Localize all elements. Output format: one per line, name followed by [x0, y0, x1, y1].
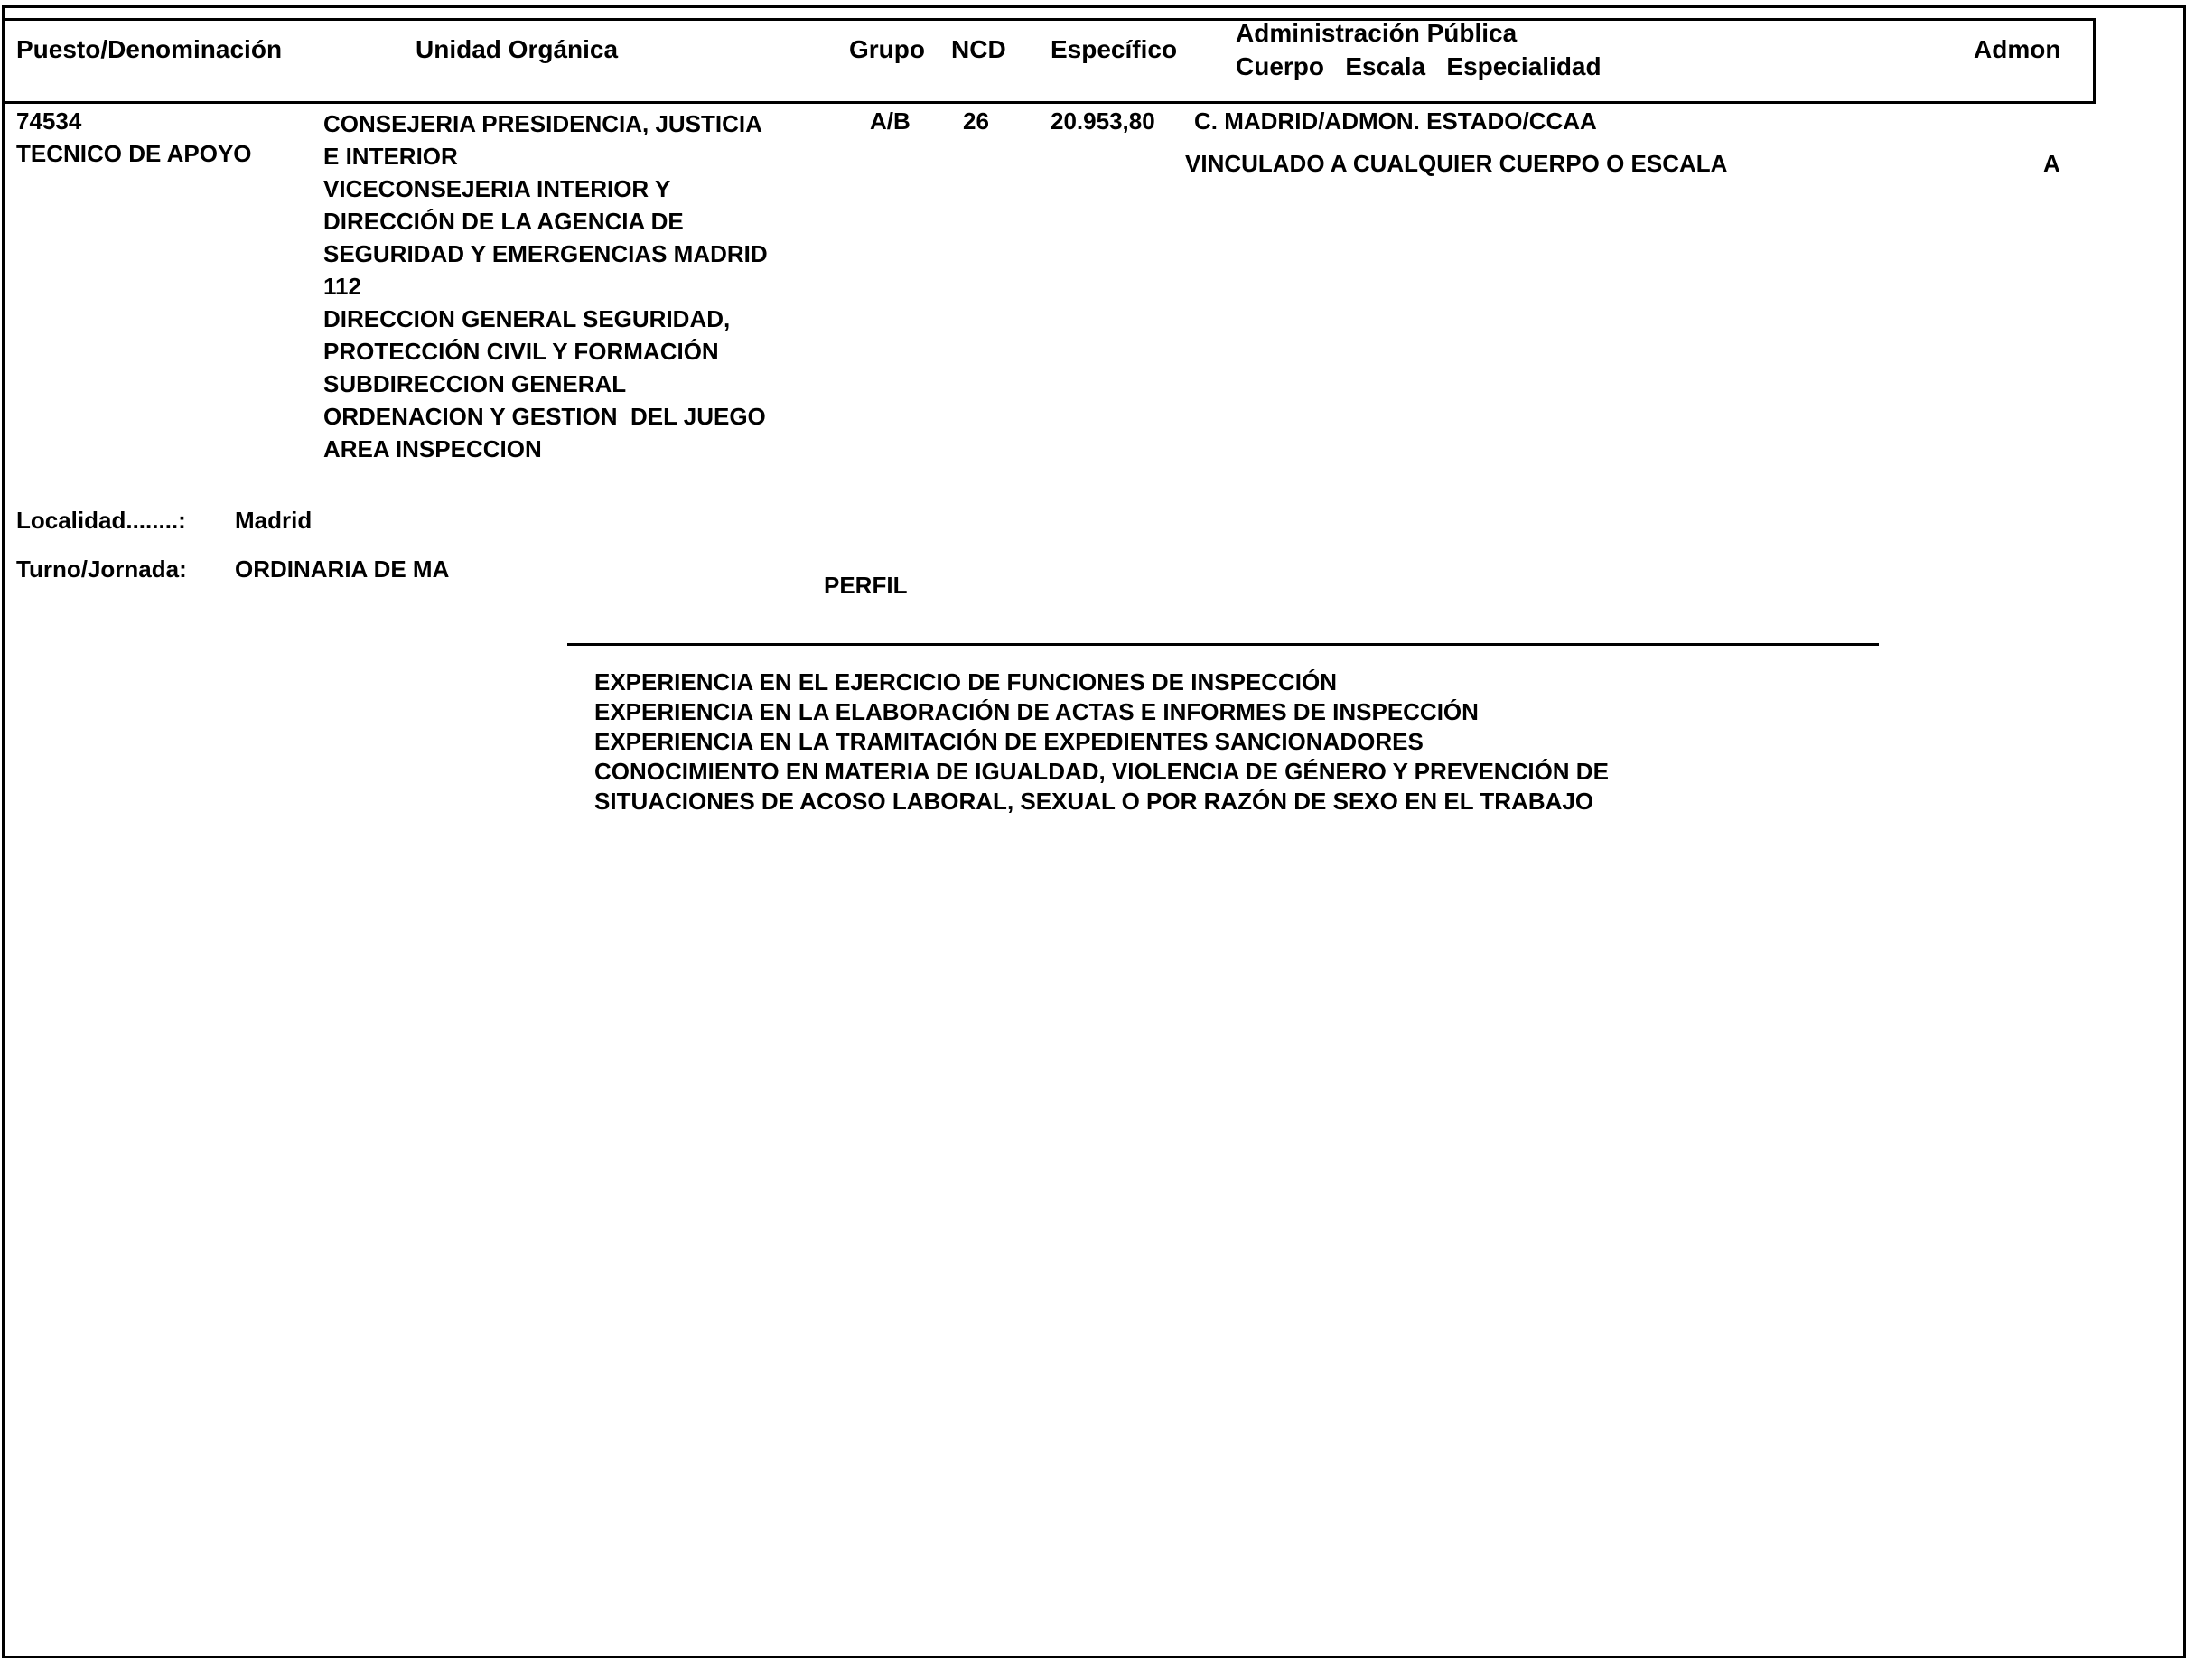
- col-header-ncd: NCD: [951, 36, 1006, 63]
- col-header-admin-publica: Administración Pública Cuerpo Escala Esp…: [1236, 16, 1602, 83]
- perfil-line: EXPERIENCIA EN EL EJERCICIO DE FUNCIONES…: [594, 667, 1609, 697]
- perfil-title: PERFIL: [824, 573, 907, 598]
- col-header-grupo: Grupo: [849, 36, 925, 63]
- localidad-label: Localidad........:: [16, 508, 186, 533]
- row-vinculacion: VINCULADO A CUALQUIER CUERPO O ESCALA: [1185, 147, 1727, 180]
- row-unidad-organica: CONSEJERIA PRESIDENCIA, JUSTICIA E INTER…: [323, 107, 920, 465]
- perfil-divider-line: [567, 643, 1879, 646]
- col-header-unidad: Unidad Orgánica: [416, 36, 618, 63]
- row-puesto-codigo: 74534: [16, 105, 81, 137]
- perfil-line: EXPERIENCIA EN LA TRAMITACIÓN DE EXPEDIE…: [594, 727, 1609, 757]
- row-especifico: 20.953,80: [1051, 105, 1155, 137]
- table-header-row: [2, 18, 2096, 104]
- row-grupo: A/B: [870, 105, 911, 137]
- row-ncd: 26: [963, 105, 989, 137]
- turno-jornada-label: Turno/Jornada:: [16, 556, 187, 582]
- row-cuerpo-escala: C. MADRID/ADMON. ESTADO/CCAA: [1194, 105, 1597, 137]
- col-header-admon: Admon: [1974, 36, 2060, 63]
- row-admon: A: [2043, 147, 2060, 180]
- perfil-line: EXPERIENCIA EN LA ELABORACIÓN DE ACTAS E…: [594, 697, 1609, 727]
- localidad-value: Madrid: [235, 508, 312, 533]
- row-puesto-denominacion: TECNICO DE APOYO: [16, 137, 252, 170]
- col-header-especifico: Específico: [1051, 36, 1177, 63]
- document-page: Puesto/Denominación Unidad Orgánica Grup…: [0, 0, 2204, 1680]
- perfil-list: EXPERIENCIA EN EL EJERCICIO DE FUNCIONES…: [594, 667, 1609, 817]
- col-header-puesto: Puesto/Denominación: [16, 36, 282, 63]
- perfil-line: CONOCIMIENTO EN MATERIA DE IGUALDAD, VIO…: [594, 757, 1609, 787]
- turno-jornada-value: ORDINARIA DE MA: [235, 556, 449, 582]
- perfil-line: SITUACIONES DE ACOSO LABORAL, SEXUAL O P…: [594, 787, 1609, 817]
